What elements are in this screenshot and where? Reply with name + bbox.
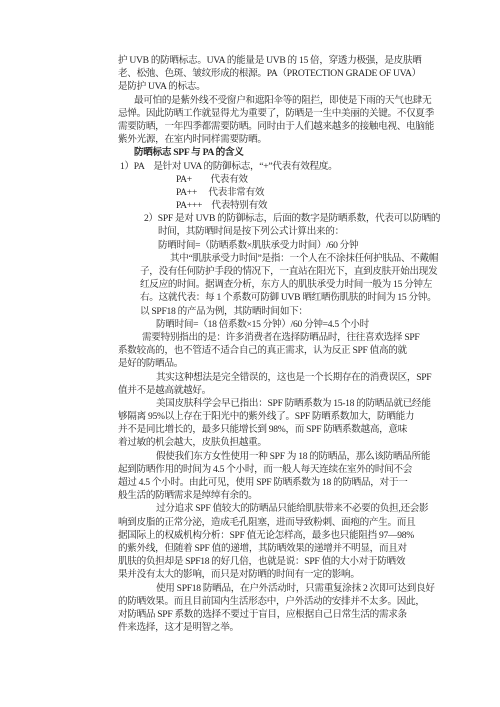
text-line: 肌肤的负担却是 SPF18 的好几倍，也就是说：SPF 值的大小对于防晒效 xyxy=(118,555,440,568)
text-line: 子，没有任何防护手段的情况下，一直站在阳光下，直到皮肤开始出现发 xyxy=(118,265,440,278)
section-heading: 防晒标志 SPF 与 PA 的含义 xyxy=(118,146,440,159)
text-line: 2）SPF 是对 UVB 的防御标志，后面的数字是防晒系数，代表可以防晒的 xyxy=(118,212,440,225)
scanned-document-page: 护 UVB 的防晒标志。UVA 的能量是 UVB 的 15 倍，穿透力极强，是皮… xyxy=(0,0,500,707)
text-line: 紫外光源，在室内时同样需要防晒。 xyxy=(118,133,440,146)
text-line: 对防晒品 SPF 系数的选择不要过于盲目，应根据自己日常生活的需求条 xyxy=(118,608,440,621)
text-line: 时间，其防晒时间是按下列公式计算出来的： xyxy=(118,225,440,238)
text-line: 防晒时间=（防晒系数×肌肤承受力时间）/60 分钟 xyxy=(118,239,440,252)
text-line: 防晒时间=（18 倍系数×15 分钟）/60 分钟=4.5 个小时 xyxy=(118,318,440,331)
text-line: 护 UVB 的防晒标志。UVA 的能量是 UVB 的 15 倍，穿透力极强，是皮… xyxy=(118,54,440,67)
text-line: 需要特别指出的是：许多消费者在选择防晒品时，往往喜欢选择 SPF xyxy=(118,331,440,344)
text-line: 忌惮。因此防晒工作就显得尤为重要了，防晒是一生中美丽的关键。不仅夏季 xyxy=(118,107,440,120)
text-line: 美国皮肤科学会早已指出：SPF 防晒系数为 15-18 的防晒品就已经能 xyxy=(118,397,440,410)
text-line: 据国际上的权威机构分析：SPF 值无论怎样高，最多也只能阻挡 97—98% xyxy=(118,529,440,542)
text-line: 红反应的时间。据调查分析，东方人的肌肤承受力时间一般为 15 分钟左 xyxy=(118,278,440,291)
text-line: 的防晒效果。而且目前国内生活形态中，户外活动的安排并不太多。因此， xyxy=(118,595,440,608)
text-line: 1）PA 是针对 UVA 的防御标志，“+”代表有效程度。 xyxy=(118,160,440,173)
text-line: 假使我们东方女性使用一种 SPF 为 18 的防晒品，那么该防晒品所能 xyxy=(118,450,440,463)
text-line: PA++ 代表非常有效 xyxy=(118,186,440,199)
text-line: 件来选择，这才是明智之举。 xyxy=(118,621,440,634)
text-line: 般生活的防晒需求是绰绰有余的。 xyxy=(118,489,440,502)
text-line: 够隔离 95%以上存在于阳光中的紫外线了。SPF 防晒系数加大，防晒能力 xyxy=(118,410,440,423)
text-line: 其实这种想法是完全错误的，这也是一个长期存在的消费误区，SPF xyxy=(118,371,440,384)
text-line: 起到防晒作用的时间为 4.5 个小时，而一般人每天连续在室外的时间不会 xyxy=(118,463,440,476)
text-line: 其中“肌肤承受力时间”是指：一个人在不涂抹任何护肤品、不戴帽 xyxy=(118,252,440,265)
text-line: 老、松弛、色斑、皱纹形成的根源。PA（PROTECTION GRADE OF U… xyxy=(118,67,440,80)
text-line: 系数较高的，也不管适不适合自己的真正需求，认为反正 SPF 值高的就 xyxy=(118,344,440,357)
text-line: 过分追求 SPF 值较大的防晒品只能给肌肤带来不必要的负担,还会影 xyxy=(118,502,440,515)
text-line: 超过 4.5 个小时。由此可见，使用 SPF 防晒系数为 18 的防晒品，对于一 xyxy=(118,476,440,489)
text-line: 需要防晒，一年四季都需要防晒。同时由于人们越来越多的接触电视、电脑能 xyxy=(118,120,440,133)
text-line: 以 SPF18 的产品为例，其防晒时间如下： xyxy=(118,305,440,318)
text-line: PA+ 代表有效 xyxy=(118,173,440,186)
text-line: 是防护 UVA 的标志。 xyxy=(118,80,440,93)
text-line: 是好的防晒品。 xyxy=(118,357,440,370)
text-line: 最可怕的是紫外线不受窗户和遮阳伞等的阻拦，即使是下雨的天气也肆无 xyxy=(118,94,440,107)
text-line: 的紫外线，但随着 SPF 值的递增，其防晒效果的递增并不明显，而且对 xyxy=(118,542,440,555)
text-line: 使用 SPF18 防晒品，在户外活动时，只需重复涂抹 2 次即可达到良好 xyxy=(118,582,440,595)
text-line: 着过敏的机会越大，皮肤负担越重。 xyxy=(118,436,440,449)
text-line: 值并不是越高就越好。 xyxy=(118,384,440,397)
text-line: 果并没有太大的影响，而只是对防晒的时间有一定的影响。 xyxy=(118,568,440,581)
text-line: PA+++ 代表特别有效 xyxy=(118,199,440,212)
text-line: 响到皮脂的正常分泌，造成毛孔阻塞，进而导致粉刺、面疱的产生。而且 xyxy=(118,516,440,529)
text-line: 右。这就代表：每 1 个系数可防御 UVB 晒红晒伤肌肤的时间为 15 分钟。 xyxy=(118,291,440,304)
text-line: 并不是同比增长的，最多只能增长到 98%，而 SPF 防晒系数越高，意味 xyxy=(118,423,440,436)
text-block: 护 UVB 的防晒标志。UVA 的能量是 UVB 的 15 倍，穿透力极强，是皮… xyxy=(118,54,440,634)
